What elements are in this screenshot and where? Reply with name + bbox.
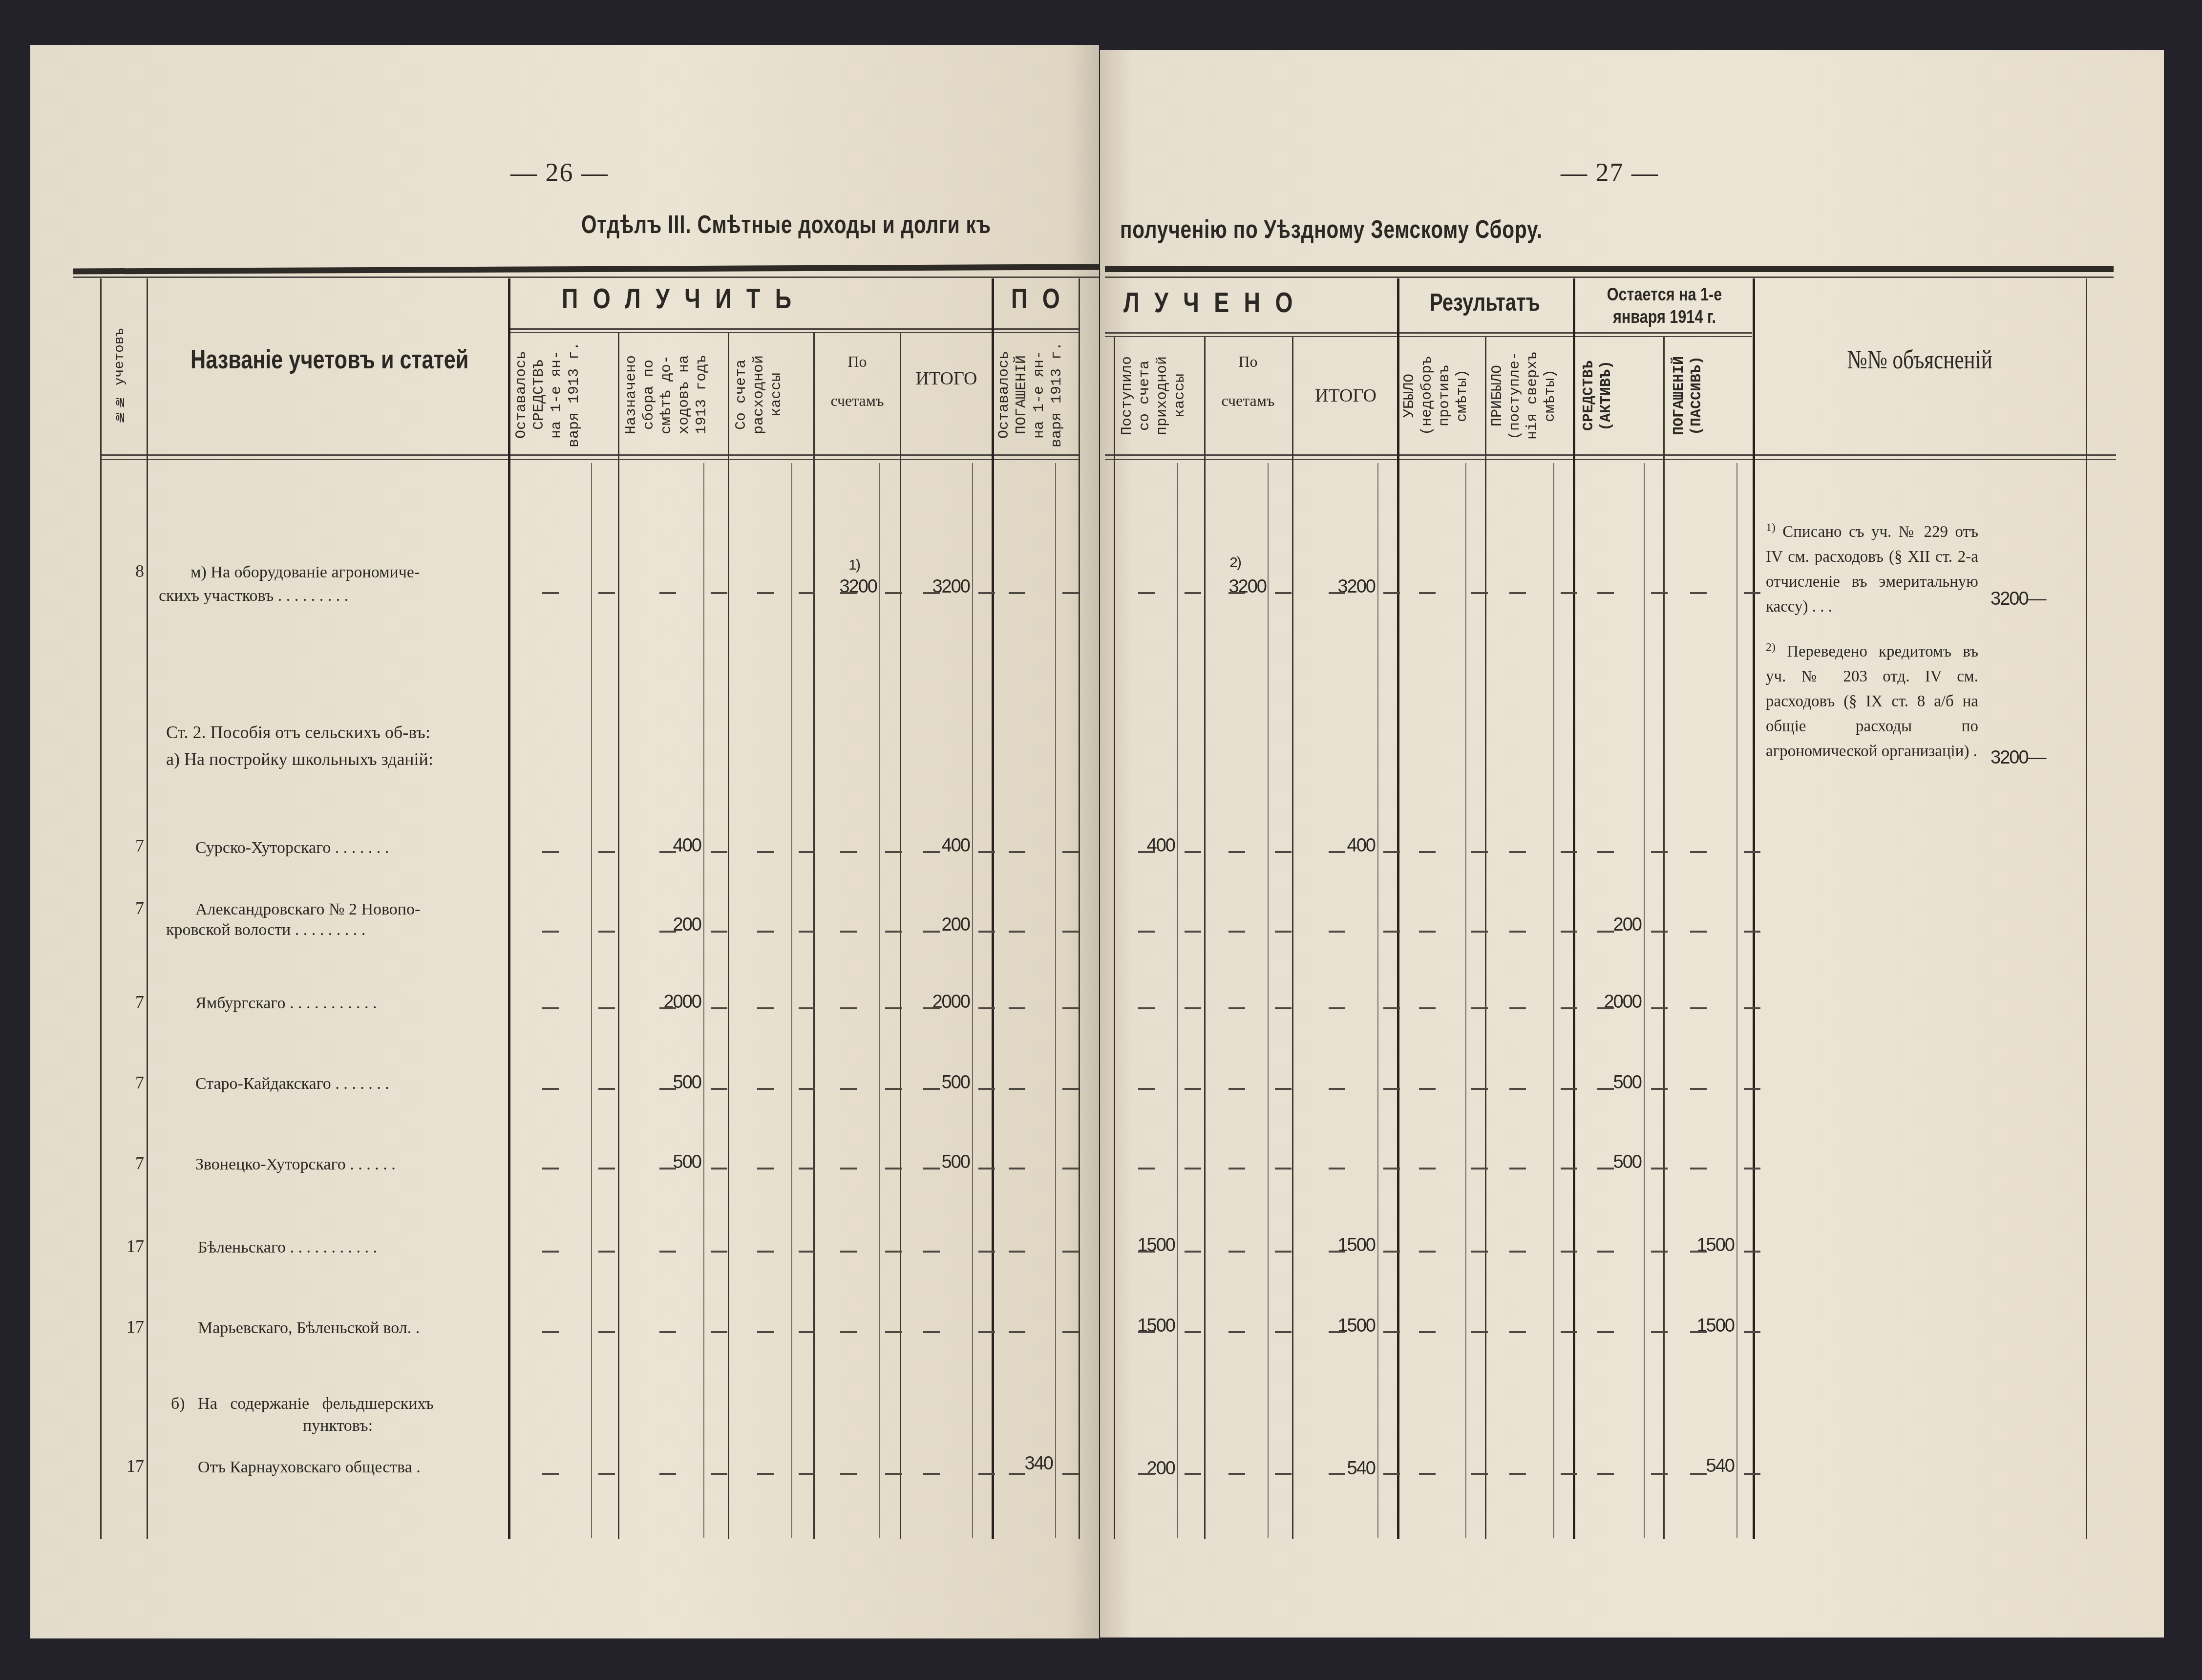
footnote-marker-1: 1) — [830, 557, 860, 574]
col-subdivider — [972, 463, 973, 1538]
empty-cell-dash — [598, 1251, 615, 1253]
page-title-right: полученію по Уѣздному Земскому Сбору. — [1120, 215, 1543, 244]
empty-cell-dash — [1009, 1331, 1025, 1333]
section-subheading: б) На содержаніе фельдшерскихъ — [171, 1392, 434, 1416]
empty-cell-dash — [1690, 1007, 1707, 1009]
empty-cell-dash — [799, 1331, 815, 1333]
empty-cell-dash — [757, 931, 774, 933]
col-divider — [1292, 337, 1293, 1539]
cell-total: 400 — [909, 835, 970, 856]
empty-cell-dash — [1744, 1331, 1760, 1333]
empty-cell-dash — [542, 1088, 559, 1090]
row-account-no: 8 — [115, 561, 144, 581]
empty-cell-dash — [1690, 1088, 1707, 1090]
empty-cell-dash — [659, 1088, 676, 1090]
empty-cell-dash — [1419, 851, 1436, 853]
empty-cell-dash — [542, 592, 559, 594]
empty-cell-dash — [1062, 1088, 1079, 1090]
empty-cell-dash — [757, 592, 774, 594]
col-divider — [1485, 337, 1486, 1539]
row-name: м) На оборудованіе агрономиче- — [191, 561, 420, 584]
empty-cell-dash — [1383, 1251, 1400, 1253]
note-marker: 1) — [1766, 521, 1776, 534]
cell-from-income-cash: 1500 — [1119, 1235, 1175, 1256]
empty-cell-dash — [659, 1251, 676, 1253]
empty-cell-dash — [1597, 1168, 1614, 1170]
empty-cell-dash — [1138, 1007, 1155, 1009]
cell-funds-active: 500 — [1580, 1072, 1641, 1093]
header-funds-active: СРЕДСТВЪ (АКТИВЪ) — [1580, 340, 1658, 452]
empty-cell-dash — [1561, 1251, 1577, 1253]
col-subdivider — [1177, 463, 1178, 1538]
empty-cell-dash — [1329, 851, 1345, 853]
empty-cell-dash — [885, 931, 902, 933]
empty-cell-dash — [1651, 1251, 1668, 1253]
row-account-no: 17 — [115, 1317, 144, 1337]
empty-cell-dash — [1651, 1168, 1668, 1170]
empty-cell-dash — [1009, 1473, 1025, 1475]
top-thin-rule-left — [73, 276, 1099, 278]
empty-cell-dash — [885, 1088, 902, 1090]
empty-cell-dash — [711, 1007, 727, 1009]
empty-cell-dash — [1138, 931, 1155, 933]
empty-cell-dash — [840, 931, 857, 933]
explanation-amount-2: 3200— — [1990, 747, 2064, 768]
col-divider — [1397, 278, 1399, 1539]
empty-cell-dash — [1062, 851, 1079, 853]
empty-cell-dash — [885, 1251, 902, 1253]
empty-cell-dash — [1744, 1168, 1760, 1170]
empty-cell-dash — [1561, 1473, 1577, 1475]
explanation-note-2: 2) Переведено кредитомъ въ уч. № 203 отд… — [1766, 635, 1978, 764]
empty-cell-dash — [1597, 1331, 1614, 1333]
empty-cell-dash — [1275, 1251, 1292, 1253]
header-name: Названіе учетовъ и статей — [191, 344, 464, 375]
cell-total: 500 — [909, 1072, 970, 1093]
empty-cell-dash — [1275, 851, 1292, 853]
empty-cell-dash — [1329, 1251, 1345, 1253]
empty-cell-dash — [1744, 1251, 1760, 1253]
empty-cell-dash — [840, 1168, 857, 1170]
empty-cell-dash — [1275, 592, 1292, 594]
header-remaining-repayments: Оставалось ПОГАШЕНІЙ на 1-е ян- варя 191… — [995, 336, 1076, 453]
cell-total-2: 1500 — [1314, 1316, 1375, 1337]
empty-cell-dash — [1651, 1088, 1668, 1090]
empty-cell-dash — [885, 1168, 902, 1170]
empty-cell-dash — [1690, 1331, 1707, 1333]
cell-total: 500 — [909, 1152, 970, 1173]
cell-funds-active: 2000 — [1580, 992, 1641, 1013]
empty-cell-dash — [885, 592, 902, 594]
empty-cell-dash — [1471, 1168, 1488, 1170]
empty-cell-dash — [1471, 1007, 1488, 1009]
col-divider — [100, 278, 102, 1539]
empty-cell-dash — [659, 1168, 676, 1170]
row-account-no: 7 — [115, 992, 144, 1012]
empty-cell-dash — [1009, 931, 1025, 933]
empty-cell-dash — [978, 1331, 995, 1333]
empty-cell-dash — [598, 592, 615, 594]
header-repayments-passive: ПОГАШЕНІЙ (ПАССИВЪ) — [1671, 340, 1749, 452]
cell-funds-active: 500 — [1580, 1152, 1641, 1173]
empty-cell-dash — [659, 931, 676, 933]
empty-cell-dash — [1509, 1251, 1526, 1253]
empty-cell-dash — [711, 1088, 727, 1090]
empty-cell-dash — [1062, 1007, 1079, 1009]
empty-cell-dash — [1597, 931, 1614, 933]
header-from-income-cash: Поступило со счета приходной кассы — [1119, 340, 1199, 452]
col-subdivider — [1055, 463, 1056, 1538]
header-loss: УБЫЛО (недоборъ противъ смѣты) — [1401, 340, 1482, 452]
empty-cell-dash — [1561, 851, 1577, 853]
col-subdivider — [703, 463, 704, 1538]
empty-cell-dash — [885, 1473, 902, 1475]
cell-remaining-repayments: 340 — [999, 1453, 1053, 1474]
page-number-right: — 27 — — [1561, 157, 1659, 188]
empty-cell-dash — [1690, 1473, 1707, 1475]
empty-cell-dash — [1228, 1007, 1245, 1009]
cell-total-2: 540 — [1314, 1458, 1375, 1479]
empty-cell-dash — [1471, 931, 1488, 933]
empty-cell-dash — [1329, 1088, 1345, 1090]
empty-cell-dash — [542, 1007, 559, 1009]
empty-cell-dash — [1275, 931, 1292, 933]
col-divider — [813, 332, 815, 1539]
empty-cell-dash — [1471, 851, 1488, 853]
header-by-accounts-2: По счетамъ — [1207, 342, 1290, 420]
empty-cell-dash — [1009, 1007, 1025, 1009]
empty-cell-dash — [1185, 1251, 1201, 1253]
empty-cell-dash — [757, 1331, 774, 1333]
cell-repayments-passive: 1500 — [1671, 1235, 1734, 1256]
col-divider — [147, 278, 148, 1539]
cell-total-2: 400 — [1314, 835, 1375, 856]
empty-cell-dash — [757, 1473, 774, 1475]
empty-cell-dash — [1744, 931, 1760, 933]
empty-cell-dash — [840, 1473, 857, 1475]
empty-cell-dash — [1383, 1473, 1400, 1475]
top-rule-right — [1105, 266, 2114, 272]
empty-cell-dash — [659, 1473, 676, 1475]
cell-from-income-cash: 1500 — [1119, 1316, 1175, 1337]
empty-cell-dash — [1509, 592, 1526, 594]
header-group-received-part1: ПО — [1011, 282, 1075, 315]
row-name: Старо-Кайдакскаго . . . . . . . — [195, 1072, 389, 1096]
empty-cell-dash — [1419, 592, 1436, 594]
row-name: Марьевскаго, Бѣленьской вол. . — [198, 1317, 420, 1340]
col-divider — [1663, 337, 1665, 1539]
empty-cell-dash — [1597, 1473, 1614, 1475]
row-account-no: 7 — [115, 898, 144, 918]
empty-cell-dash — [923, 592, 940, 594]
header-bottom-rule-left — [100, 454, 1080, 456]
empty-cell-dash — [1228, 592, 1245, 594]
empty-cell-dash — [923, 931, 940, 933]
empty-cell-dash — [978, 1168, 995, 1170]
empty-cell-dash — [1228, 1088, 1245, 1090]
empty-cell-dash — [1509, 1007, 1526, 1009]
col-divider — [2086, 278, 2087, 1539]
empty-cell-dash — [978, 1007, 995, 1009]
empty-cell-dash — [598, 1168, 615, 1170]
section-subheading: а) На постройку школьныхъ зданій: — [166, 747, 433, 771]
empty-cell-dash — [1651, 592, 1668, 594]
cell-assigned: 500 — [640, 1152, 701, 1173]
empty-cell-dash — [799, 1251, 815, 1253]
empty-cell-dash — [1419, 1473, 1436, 1475]
row-name: Бѣленьскаго . . . . . . . . . . . — [198, 1236, 377, 1259]
empty-cell-dash — [1185, 851, 1201, 853]
empty-cell-dash — [542, 1168, 559, 1170]
empty-cell-dash — [1690, 592, 1707, 594]
empty-cell-dash — [799, 851, 815, 853]
empty-cell-dash — [1419, 1168, 1436, 1170]
cell-total: 3200 — [909, 576, 970, 597]
page-number-left: — 26 — — [510, 157, 609, 188]
empty-cell-dash — [598, 1331, 615, 1333]
empty-cell-dash — [1419, 1007, 1436, 1009]
cell-assigned: 500 — [640, 1072, 701, 1093]
empty-cell-dash — [1471, 1473, 1488, 1475]
empty-cell-dash — [1275, 1168, 1292, 1170]
header-total: ИТОГО — [901, 369, 992, 388]
empty-cell-dash — [1419, 1331, 1436, 1333]
empty-cell-dash — [1561, 592, 1577, 594]
empty-cell-dash — [1275, 1331, 1292, 1333]
empty-cell-dash — [1138, 1088, 1155, 1090]
empty-cell-dash — [1744, 592, 1760, 594]
empty-cell-dash — [1138, 1168, 1155, 1170]
col-divider — [992, 278, 994, 1539]
empty-cell-dash — [840, 1251, 857, 1253]
empty-cell-dash — [1228, 931, 1245, 933]
cell-total-2: 1500 — [1314, 1235, 1375, 1256]
header-bottom-rule-right-2 — [1105, 459, 2116, 460]
empty-cell-dash — [1744, 1088, 1760, 1090]
empty-cell-dash — [1062, 1331, 1079, 1333]
empty-cell-dash — [1383, 851, 1400, 853]
cell-assigned: 2000 — [640, 992, 701, 1013]
empty-cell-dash — [1744, 851, 1760, 853]
cell-assigned: 400 — [640, 835, 701, 856]
empty-cell-dash — [1597, 1007, 1614, 1009]
empty-cell-dash — [598, 1473, 615, 1475]
empty-cell-dash — [1471, 592, 1488, 594]
empty-cell-dash — [978, 931, 995, 933]
empty-cell-dash — [1009, 851, 1025, 853]
cell-from-income-cash: 200 — [1119, 1458, 1175, 1479]
empty-cell-dash — [840, 1007, 857, 1009]
empty-cell-dash — [542, 1473, 559, 1475]
col-divider — [1079, 278, 1080, 1539]
cell-total: 2000 — [909, 992, 970, 1013]
empty-cell-dash — [1651, 1473, 1668, 1475]
section-heading: Ст. 2. Пособія отъ сельскихъ об-въ: — [166, 721, 430, 744]
header-group-received-part2: ЛУЧЕНО — [1123, 286, 1308, 319]
col-divider — [1753, 278, 1755, 1539]
empty-cell-dash — [598, 1088, 615, 1090]
col-subdivider — [591, 463, 592, 1538]
col-subdivider — [879, 463, 880, 1538]
empty-cell-dash — [1651, 1007, 1668, 1009]
empty-cell-dash — [1329, 1473, 1345, 1475]
empty-cell-dash — [1228, 1331, 1245, 1333]
empty-cell-dash — [711, 851, 727, 853]
empty-cell-dash — [1329, 1331, 1345, 1333]
cell-total-2: 3200 — [1314, 576, 1375, 597]
explanation-amount-1: 3200— — [1990, 589, 2064, 610]
header-bottom-rule-right — [1105, 454, 2116, 456]
row-name: Александровскаго № 2 Новопо- — [195, 898, 420, 921]
header-remaining-funds: Оставалось СРЕДСТВЪ на 1-е ян- варя 1913… — [513, 336, 613, 453]
header-explanations: №№ объясненій — [1791, 344, 2049, 375]
col-subdivider — [1736, 463, 1737, 1538]
empty-cell-dash — [978, 1473, 995, 1475]
empty-cell-dash — [1329, 1168, 1345, 1170]
empty-cell-dash — [1329, 1007, 1345, 1009]
empty-cell-dash — [1651, 1331, 1668, 1333]
col-divider — [1573, 278, 1575, 1539]
row-name: Отъ Карнауховскаго общества . — [198, 1456, 421, 1479]
empty-cell-dash — [711, 1331, 727, 1333]
empty-cell-dash — [711, 931, 727, 933]
empty-cell-dash — [799, 931, 815, 933]
empty-cell-dash — [1062, 592, 1079, 594]
empty-cell-dash — [1419, 1088, 1436, 1090]
header-profit: ПРИБЫЛО (поступле- нія сверхъ смѣты) — [1489, 340, 1569, 452]
note-text: Списано съ уч. № 229 отъ IV см. расходов… — [1766, 523, 1978, 616]
empty-cell-dash — [1561, 1168, 1577, 1170]
empty-cell-dash — [1597, 1088, 1614, 1090]
empty-cell-dash — [1185, 931, 1201, 933]
empty-cell-dash — [923, 1007, 940, 1009]
col-subdivider — [1465, 463, 1466, 1538]
col-subdivider — [791, 463, 792, 1538]
empty-cell-dash — [1138, 1331, 1155, 1333]
empty-cell-dash — [542, 851, 559, 853]
empty-cell-dash — [799, 592, 815, 594]
empty-cell-dash — [1383, 1331, 1400, 1333]
empty-cell-dash — [1062, 1251, 1079, 1253]
header-total-2: ИТОГО — [1294, 386, 1397, 405]
empty-cell-dash — [1383, 592, 1400, 594]
row-name-cont: кровской волости . . . . . . . . . — [166, 918, 365, 942]
col-divider — [1114, 337, 1115, 1539]
empty-cell-dash — [1185, 1088, 1201, 1090]
empty-cell-dash — [923, 1331, 940, 1333]
empty-cell-dash — [1138, 1473, 1155, 1475]
row-account-no: 17 — [115, 1456, 144, 1476]
row-account-no: 7 — [115, 835, 144, 856]
col-subdivider — [1644, 463, 1645, 1538]
empty-cell-dash — [1062, 931, 1079, 933]
empty-cell-dash — [1138, 1251, 1155, 1253]
empty-cell-dash — [1329, 931, 1345, 933]
row-name: Сурско-Хуторскаго . . . . . . . — [195, 836, 389, 860]
empty-cell-dash — [1419, 1251, 1436, 1253]
empty-cell-dash — [1062, 1168, 1079, 1170]
col-subdivider — [1268, 463, 1269, 1538]
empty-cell-dash — [1138, 592, 1155, 594]
empty-cell-dash — [1561, 931, 1577, 933]
cell-repayments-passive: 1500 — [1671, 1316, 1734, 1337]
top-thin-rule-right — [1105, 276, 2114, 278]
empty-cell-dash — [659, 592, 676, 594]
empty-cell-dash — [885, 1007, 902, 1009]
empty-cell-dash — [1509, 851, 1526, 853]
empty-cell-dash — [840, 1331, 857, 1333]
note-text: Переведено кредитомъ въ уч. № 203 отд. I… — [1766, 643, 1978, 760]
empty-cell-dash — [711, 1251, 727, 1253]
empty-cell-dash — [1690, 851, 1707, 853]
empty-cell-dash — [1009, 1251, 1025, 1253]
header-from-expense-cash: Со счета расходной кассы — [733, 336, 808, 453]
header-group-receive: ПОЛУЧИТЬ — [562, 282, 806, 315]
empty-cell-dash — [978, 592, 995, 594]
empty-cell-dash — [659, 1007, 676, 1009]
empty-cell-dash — [840, 1088, 857, 1090]
empty-cell-dash — [978, 851, 995, 853]
empty-cell-dash — [1509, 1473, 1526, 1475]
empty-cell-dash — [1185, 592, 1201, 594]
empty-cell-dash — [923, 1088, 940, 1090]
empty-cell-dash — [1419, 931, 1436, 933]
empty-cell-dash — [1275, 1473, 1292, 1475]
empty-cell-dash — [757, 1088, 774, 1090]
empty-cell-dash — [799, 1088, 815, 1090]
empty-cell-dash — [659, 1331, 676, 1333]
section-subheading-cont: пунктовъ: — [303, 1414, 373, 1438]
header-account-no: №№ учетовъ — [111, 303, 136, 449]
empty-cell-dash — [885, 851, 902, 853]
page-title-left: Отдѣлъ III. Смѣтные доходы и долги къ — [581, 210, 991, 239]
empty-cell-dash — [978, 1088, 995, 1090]
row-account-no: 17 — [115, 1236, 144, 1256]
row-account-no: 7 — [115, 1072, 144, 1093]
empty-cell-dash — [1228, 851, 1245, 853]
header-group-rule-right-2 — [1105, 336, 1752, 337]
cell-by-accounts: 3200 — [821, 576, 877, 597]
empty-cell-dash — [1509, 1088, 1526, 1090]
empty-cell-dash — [1561, 1007, 1577, 1009]
empty-cell-dash — [659, 851, 676, 853]
empty-cell-dash — [598, 1007, 615, 1009]
empty-cell-dash — [1690, 931, 1707, 933]
empty-cell-dash — [542, 931, 559, 933]
empty-cell-dash — [1471, 1088, 1488, 1090]
empty-cell-dash — [1275, 1007, 1292, 1009]
col-subdivider — [1377, 463, 1378, 1538]
empty-cell-dash — [1561, 1088, 1577, 1090]
empty-cell-dash — [542, 1251, 559, 1253]
empty-cell-dash — [1138, 851, 1155, 853]
empty-cell-dash — [923, 1251, 940, 1253]
row-name: Ямбургскаго . . . . . . . . . . . — [195, 992, 377, 1015]
empty-cell-dash — [598, 851, 615, 853]
empty-cell-dash — [1228, 1251, 1245, 1253]
empty-cell-dash — [885, 1331, 902, 1333]
explanation-note-1: 1) Списано съ уч. № 229 отъ IV см. расхо… — [1766, 515, 1978, 619]
header-assigned: Назначено сбора по смѣтѣ до- ходовъ на 1… — [623, 336, 723, 453]
header-group-rule-right — [1105, 332, 1752, 334]
empty-cell-dash — [542, 1331, 559, 1333]
empty-cell-dash — [1690, 1251, 1707, 1253]
empty-cell-dash — [1383, 1088, 1400, 1090]
empty-cell-dash — [711, 1168, 727, 1170]
header-group-remains: Остается на 1-е января 1914 г. — [1591, 283, 1738, 328]
col-divider — [508, 278, 510, 1539]
empty-cell-dash — [1471, 1251, 1488, 1253]
